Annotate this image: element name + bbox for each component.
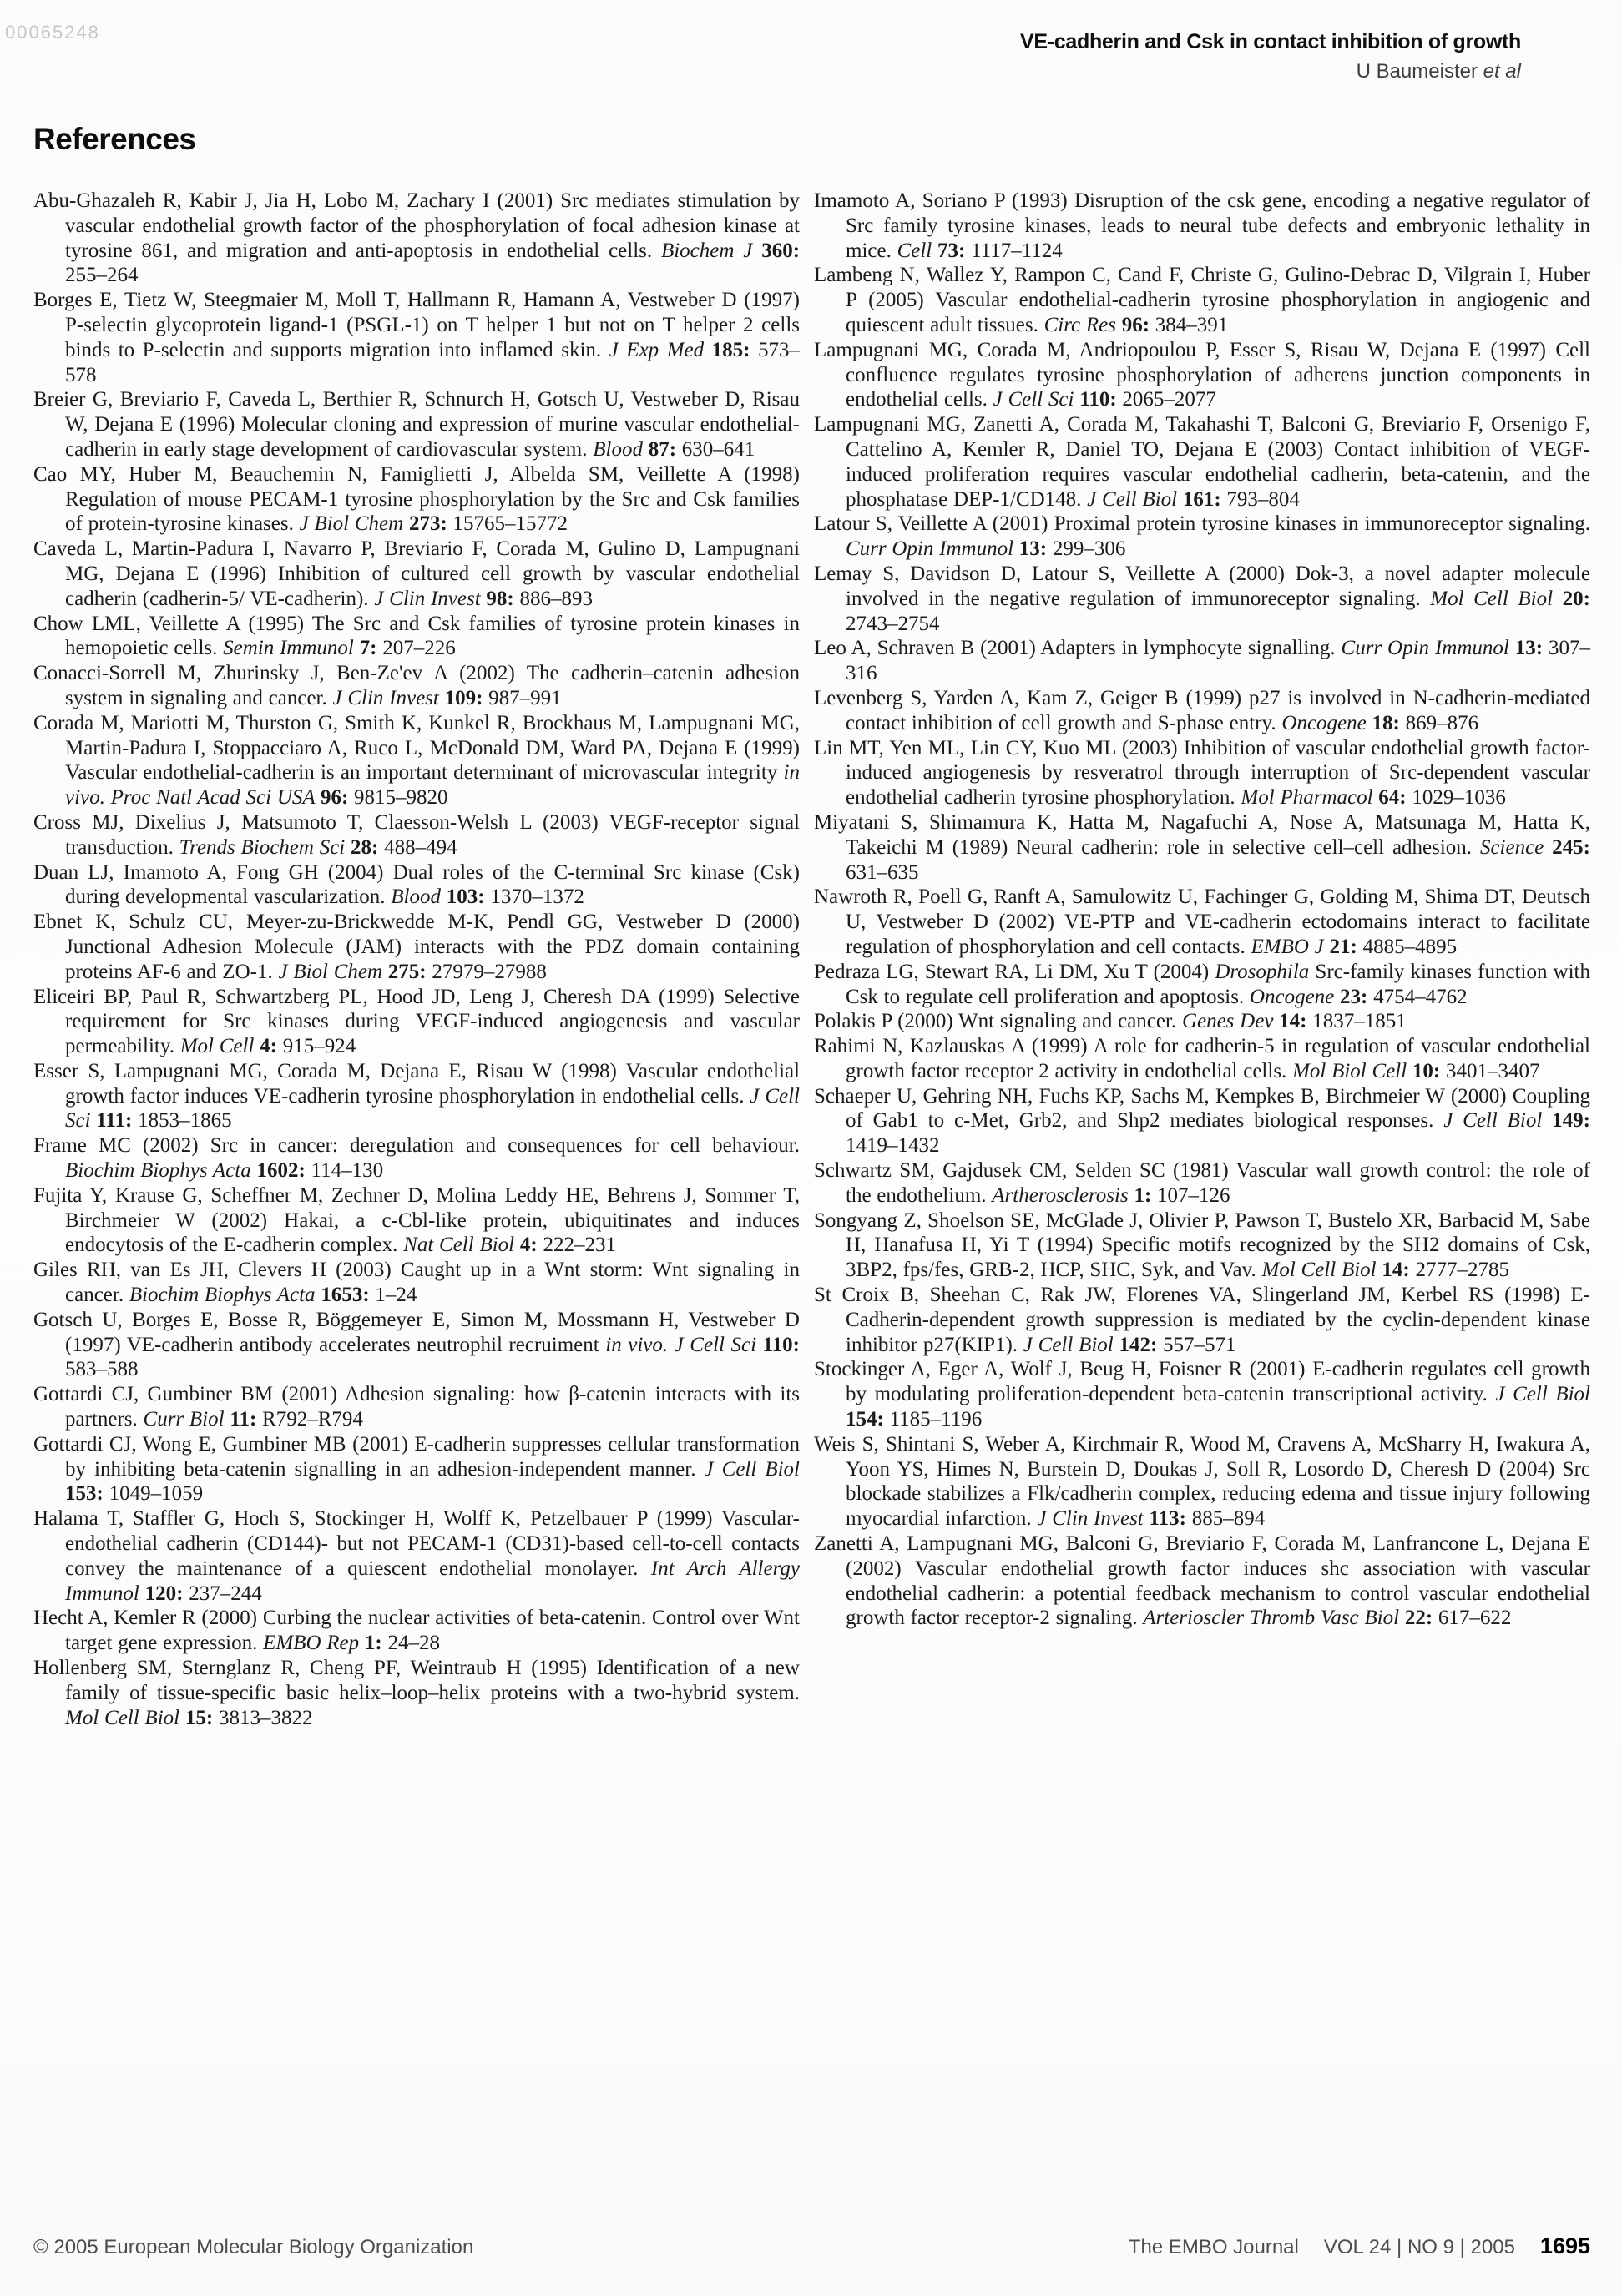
reference-entry: Zanetti A, Lampugnani MG, Balconi G, Bre… (814, 1532, 1590, 1631)
reference-entry: Lin MT, Yen ML, Lin CY, Kuo ML (2003) In… (814, 736, 1590, 810)
reference-entry: Nawroth R, Poell G, Ranft A, Samulowitz … (814, 885, 1590, 959)
page-footer: © 2005 European Molecular Biology Organi… (33, 2233, 1590, 2259)
reference-entry: Pedraza LG, Stewart RA, Li DM, Xu T (200… (814, 960, 1590, 1010)
running-head: VE-cadherin and Csk in contact inhibitio… (1020, 30, 1521, 83)
reference-entry: Levenberg S, Yarden A, Kam Z, Geiger B (… (814, 686, 1590, 736)
copyright-notice: © 2005 European Molecular Biology Organi… (33, 2236, 473, 2259)
reference-entry: Rahimi N, Kazlauskas A (1999) A role for… (814, 1034, 1590, 1084)
reference-entry: Gottardi CJ, Wong E, Gumbiner MB (2001) … (33, 1432, 800, 1506)
references-column-left: Abu-Ghazaleh R, Kabir J, Jia H, Lobo M, … (33, 189, 800, 1730)
reference-entry: Giles RH, van Es JH, Clevers H (2003) Ca… (33, 1258, 800, 1308)
running-head-title: VE-cadherin and Csk in contact inhibitio… (1020, 30, 1521, 54)
reference-entry: Schaeper U, Gehring NH, Fuchs KP, Sachs … (814, 1084, 1590, 1158)
reference-entry: Hollenberg SM, Sternglanz R, Cheng PF, W… (33, 1656, 800, 1730)
reference-entry: Leo A, Schraven B (2001) Adapters in lym… (814, 636, 1590, 686)
reference-entry: Cao MY, Huber M, Beauchemin N, Famigliet… (33, 462, 800, 537)
references-columns: Abu-Ghazaleh R, Kabir J, Jia H, Lobo M, … (33, 189, 1590, 1730)
reference-entry: Fujita Y, Krause G, Scheffner M, Zechner… (33, 1183, 800, 1258)
reference-entry: Imamoto A, Soriano P (1993) Disruption o… (814, 189, 1590, 263)
scanned-page: 00065248 VE-cadherin and Csk in contact … (0, 0, 1622, 2296)
reference-entry: Stockinger A, Eger A, Wolf J, Beug H, Fo… (814, 1357, 1590, 1431)
reference-entry: Lampugnani MG, Corada M, Andriopoulou P,… (814, 338, 1590, 412)
reference-entry: Eliceiri BP, Paul R, Schwartzberg PL, Ho… (33, 985, 800, 1059)
section-title: References (33, 122, 196, 157)
running-head-authors: U Baumeister et al (1020, 60, 1521, 83)
reference-entry: Abu-Ghazaleh R, Kabir J, Jia H, Lobo M, … (33, 189, 800, 288)
reference-entry: Ebnet K, Schulz CU, Meyer-zu-Brickwedde … (33, 910, 800, 984)
scan-number: 00065248 (5, 22, 100, 43)
reference-entry: Duan LJ, Imamoto A, Fong GH (2004) Dual … (33, 860, 800, 911)
volume-issue-year: VOL 24 | NO 9 | 2005 (1324, 2236, 1515, 2259)
reference-entry: Songyang Z, Shoelson SE, McGlade J, Oliv… (814, 1209, 1590, 1283)
references-column-right: Imamoto A, Soriano P (1993) Disruption o… (814, 189, 1590, 1730)
reference-entry: Esser S, Lampugnani MG, Corada M, Dejana… (33, 1059, 800, 1133)
reference-entry: Polakis P (2000) Wnt signaling and cance… (814, 1009, 1590, 1034)
reference-entry: Latour S, Veillette A (2001) Proximal pr… (814, 512, 1590, 562)
reference-entry: Caveda L, Martin-Padura I, Navarro P, Br… (33, 537, 800, 611)
reference-entry: St Croix B, Sheehan C, Rak JW, Florenes … (814, 1283, 1590, 1357)
et-al-suffix: et al (1483, 60, 1521, 83)
reference-entry: Weis S, Shintani S, Weber A, Kirchmair R… (814, 1432, 1590, 1532)
reference-entry: Halama T, Staffler G, Hoch S, Stockinger… (33, 1506, 800, 1606)
reference-entry: Lambeng N, Wallez Y, Rampon C, Cand F, C… (814, 263, 1590, 337)
reference-entry: Frame MC (2002) Src in cancer: deregulat… (33, 1133, 800, 1183)
reference-entry: Corada M, Mariotti M, Thurston G, Smith … (33, 711, 800, 810)
reference-entry: Gotsch U, Borges E, Bosse R, Böggemeyer … (33, 1308, 800, 1382)
reference-entry: Borges E, Tietz W, Steegmaier M, Moll T,… (33, 288, 800, 387)
reference-entry: Schwartz SM, Gajdusek CM, Selden SC (198… (814, 1158, 1590, 1209)
running-head-author-name: U Baumeister (1357, 60, 1478, 83)
reference-entry: Chow LML, Veillette A (1995) The Src and… (33, 612, 800, 662)
reference-entry: Cross MJ, Dixelius J, Matsumoto T, Claes… (33, 810, 800, 860)
page-number: 1695 (1540, 2233, 1590, 2259)
footer-journal-info: The EMBO Journal VOL 24 | NO 9 | 2005 16… (1129, 2233, 1590, 2259)
reference-entry: Gottardi CJ, Gumbiner BM (2001) Adhesion… (33, 1382, 800, 1432)
reference-entry: Miyatani S, Shimamura K, Hatta M, Nagafu… (814, 810, 1590, 885)
reference-entry: Lemay S, Davidson D, Latour S, Veillette… (814, 562, 1590, 636)
reference-entry: Lampugnani MG, Zanetti A, Corada M, Taka… (814, 412, 1590, 512)
reference-entry: Breier G, Breviario F, Caveda L, Berthie… (33, 387, 800, 462)
reference-entry: Conacci-Sorrell M, Zhurinsky J, Ben-Ze'e… (33, 661, 800, 711)
journal-name: The EMBO Journal (1129, 2236, 1299, 2259)
reference-entry: Hecht A, Kemler R (2000) Curbing the nuc… (33, 1606, 800, 1656)
